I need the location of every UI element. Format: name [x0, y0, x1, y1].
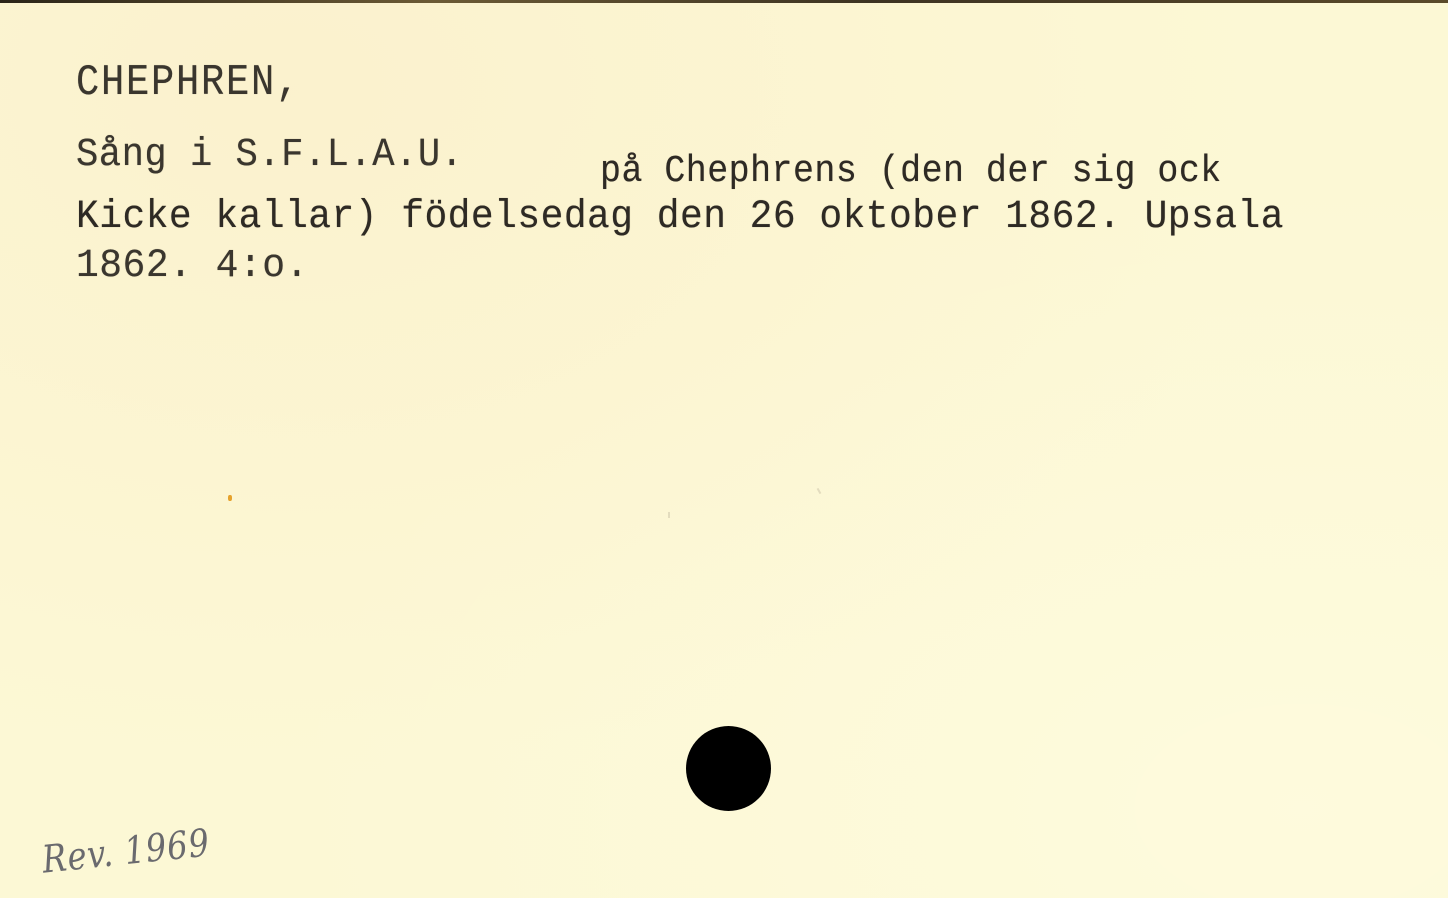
paper-speck — [228, 495, 232, 501]
catalog-card: CHEPHREN, Sång i S.F.L.A.U. på Chephrens… — [0, 0, 1448, 898]
body-line-3: 1862. 4:o. — [76, 244, 309, 289]
body-line-2: Kicke kallar) födelsedag den 26 oktober … — [76, 195, 1284, 240]
punch-hole — [686, 726, 771, 811]
body-line-1-prefix: Sång i S.F.L.A.U. — [76, 133, 463, 178]
body-line-1-continuation: på Chephrens (den der sig ock — [600, 150, 1222, 193]
paper-mark — [817, 488, 822, 494]
paper-mark — [668, 512, 670, 518]
card-top-edge — [0, 0, 1448, 3]
card-heading: CHEPHREN, — [76, 58, 301, 108]
handwritten-revision-note: Rev. 1969 — [40, 820, 212, 881]
